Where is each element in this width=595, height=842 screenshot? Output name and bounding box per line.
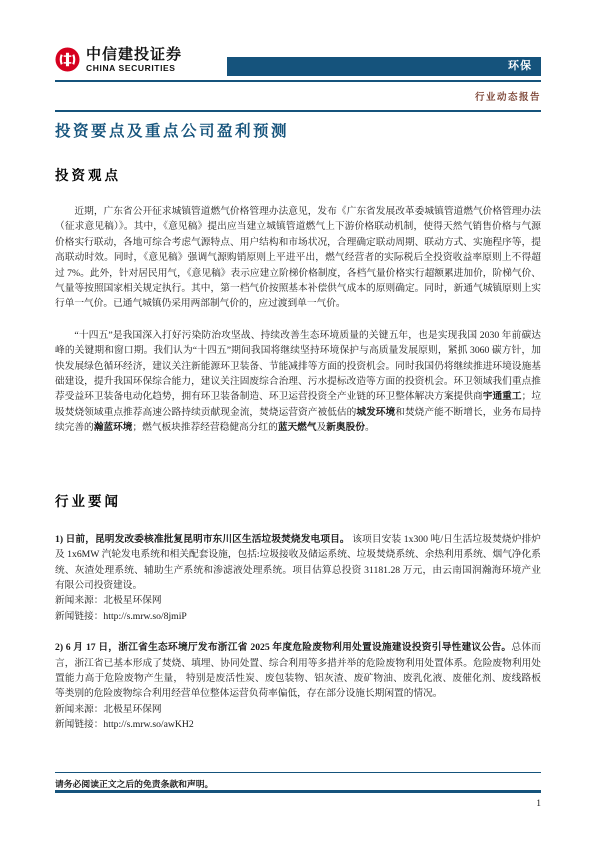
disclaimer-text: 请务必阅读正文之后的免责条款和声明。	[55, 777, 541, 790]
news-text: 2) 6 月 17 日，浙江省生态环境厅发布浙江省 2025 年度危险废物利用处…	[55, 640, 541, 702]
header-rule-top	[55, 80, 541, 82]
news-item-1: 1) 日前，昆明发改委核准批复昆明市东川区生活垃圾焚烧发电项目。 该项目安装 1…	[55, 532, 541, 624]
industry-tag-bar: 环保	[227, 57, 541, 76]
section-heading-investment-view: 投资观点	[55, 164, 541, 184]
investment-paragraph: “十四五”是我国深入打好污染防治攻坚战、持续改善生态环境质量的关键五年，也是实现…	[55, 328, 541, 436]
page-title: 投资要点及重点公司盈利预测	[55, 119, 541, 141]
report-body: 投资观点 近期，广东省公开征求城镇管道燃气价格管理办法意见，发布《广东省发展改革…	[55, 164, 541, 733]
brand-name-cn: 中信建投证券	[86, 47, 182, 62]
news-link: 新闻链接：http://s.mrw.so/awKH2	[55, 717, 541, 732]
news-source: 新闻来源：北极星环保网	[55, 702, 541, 717]
csc-logo-icon	[55, 47, 80, 72]
investment-paragraph: 近期，广东省公开征求城镇管道燃气价格管理办法意见，发布《广东省发展改革委城镇管道…	[55, 204, 541, 312]
section-heading-industry-news: 行业要闻	[55, 490, 541, 510]
news-link: 新闻链接：http://s.mrw.so/8jmiP	[55, 609, 541, 624]
news-item-2: 2) 6 月 17 日，浙江省生态环境厅发布浙江省 2025 年度危险废物利用处…	[55, 640, 541, 732]
footer-rule-thick	[55, 790, 541, 793]
page-number: 1	[55, 799, 541, 809]
brand-name-en: CHINA SECURITIES	[86, 64, 182, 73]
footer-rule-thin	[55, 772, 541, 773]
news-text: 1) 日前，昆明发改委核准批复昆明市东川区生活垃圾焚烧发电项目。 该项目安装 1…	[55, 532, 541, 594]
header-rule-bottom	[55, 110, 541, 112]
report-page: { "colors": { "navy": "#15537C", "logo_r…	[0, 0, 595, 842]
brand-logo: 中信建投证券 CHINA SECURITIES	[55, 47, 182, 73]
news-source: 新闻来源：北极星环保网	[55, 593, 541, 608]
report-type-label: 行业动态报告	[55, 89, 541, 103]
